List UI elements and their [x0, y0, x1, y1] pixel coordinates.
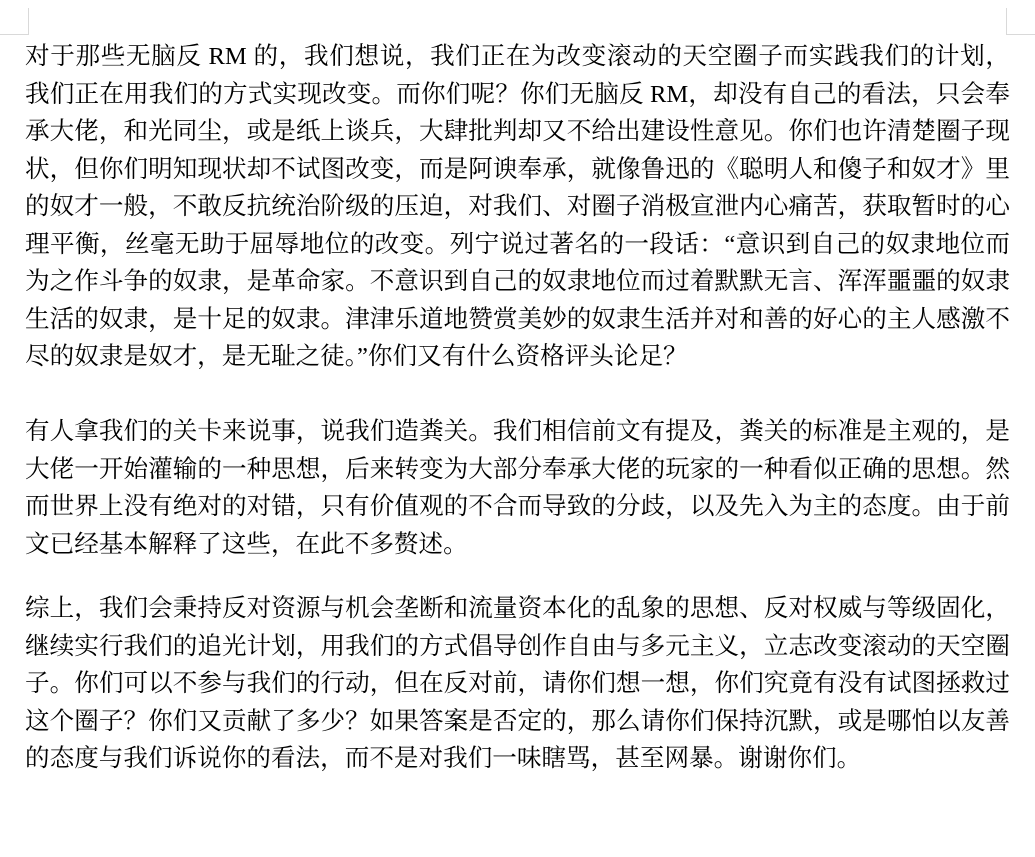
margin-mark-top-right	[1006, 8, 1035, 35]
document-page: 对于那些无脑反 RM 的，我们想说，我们正在为改变滚动的天空圈子而实践我们的计划…	[0, 0, 1035, 857]
paragraph-3: 综上，我们会秉持反对资源与机会垄断和流量资本化的乱象的思想、反对权威与等级固化，…	[25, 590, 1010, 778]
margin-mark-top-left	[0, 8, 29, 35]
document-body: 对于那些无脑反 RM 的，我们想说，我们正在为改变滚动的天空圈子而实践我们的计划…	[25, 38, 1010, 778]
paragraph-2: 有人拿我们的关卡来说事，说我们造粪关。我们相信前文有提及，粪关的标准是主观的，是…	[25, 413, 1010, 563]
paragraph-1: 对于那些无脑反 RM 的，我们想说，我们正在为改变滚动的天空圈子而实践我们的计划…	[25, 38, 1010, 376]
